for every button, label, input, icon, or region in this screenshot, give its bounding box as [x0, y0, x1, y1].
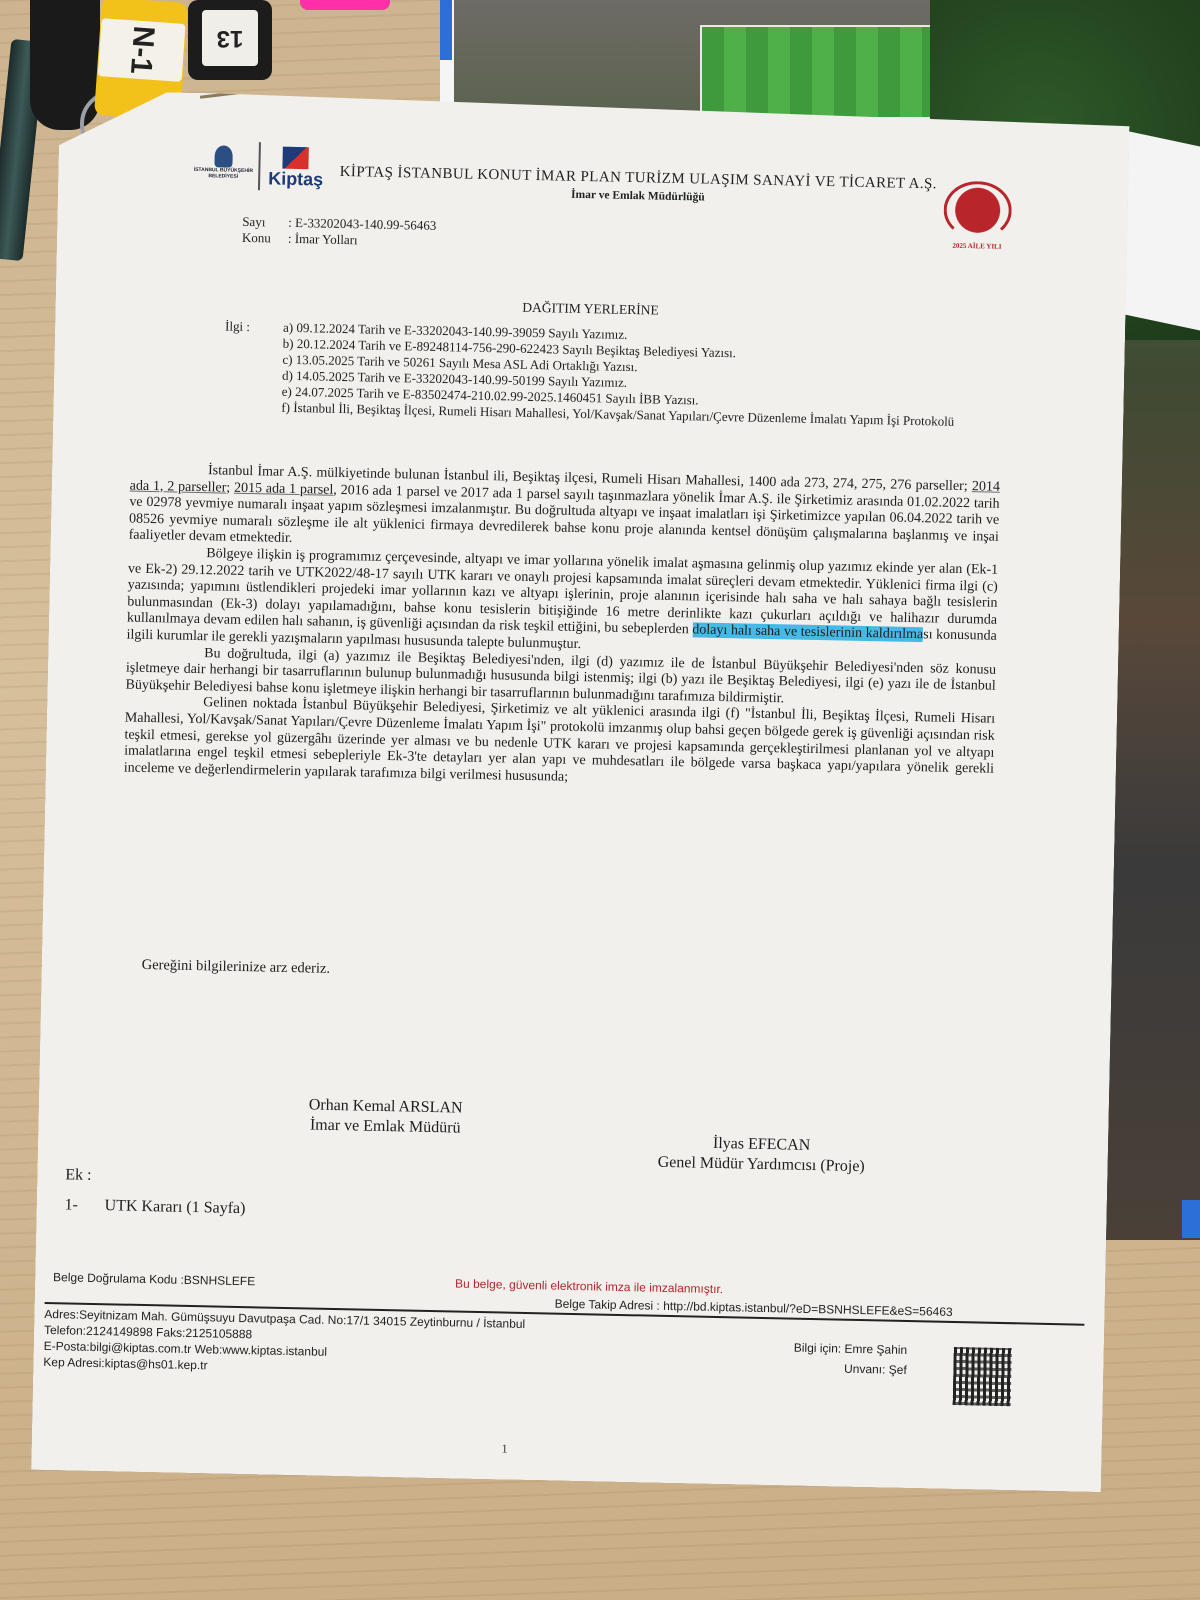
document-footer: Belge Doğrulama Kodu :BSNHSLEFE Bu belge… — [35, 1270, 1105, 1292]
mosque-dome-icon — [214, 145, 232, 167]
family-year-badge: 2025 AİLE YILI — [937, 180, 1018, 251]
highlighted-text: dolayı halı saha ve tesislerinin kaldırı… — [692, 623, 923, 643]
info-contact-name: Bilgi için: Emre Şahin — [794, 1338, 908, 1360]
signature-block-1: Orhan Kemal ARSLAN İmar ve Emlak Müdürü — [308, 1095, 463, 1138]
kiptas-logo-text: Kiptaş — [268, 168, 323, 190]
signatory-title: Genel Müdür Yardımcısı (Proje) — [657, 1153, 864, 1177]
distribution-title: DAĞITIM YERLERİNE — [55, 290, 1125, 328]
verification-code: Belge Doğrulama Kodu :BSNHSLEFE — [53, 1270, 255, 1288]
references: İlgi : a) 09.12.2024 Tarih ve E-33202043… — [223, 319, 956, 430]
attachments: Ek : 1-UTK Kararı (1 Sayfa) — [64, 1160, 246, 1224]
sayi-value: : E-33202043-140.99-56463 — [288, 215, 436, 233]
document-page: İSTANBUL BÜYÜKŞEHİR BELEDİYESİ Kiptaş Kİ… — [31, 90, 1130, 1492]
pink-object — [300, 0, 390, 10]
info-contact-title: Unvanı: Şef — [793, 1358, 907, 1380]
contact-details: Adres:Seyitnizam Mah. Gümüşsuyu Davutpaş… — [43, 1306, 525, 1380]
football-pitch-photo — [700, 25, 934, 119]
attachment-text: UTK Kararı (1 Sayfa) — [104, 1191, 245, 1224]
blue-folder-corner — [1182, 1200, 1200, 1238]
qr-code-icon — [953, 1347, 1012, 1406]
e-signature-notice: Bu belge, güvenli elektronik imza ile im… — [455, 1277, 723, 1297]
references-label: İlgi : — [225, 319, 277, 336]
page-number: 1 — [501, 1442, 507, 1457]
info-contact: Bilgi için: Emre Şahin Unvanı: Şef — [793, 1338, 907, 1380]
konu-label: Konu — [242, 230, 288, 247]
underlined-text: 2015 ada 1 parsel — [234, 480, 334, 497]
key-tag-label: N-1 — [98, 18, 186, 82]
key-tag-label: 13 — [202, 10, 258, 66]
key-tag-black: 13 — [188, 0, 272, 80]
kiptas-k-icon — [282, 147, 308, 170]
paragraph-4: Gelinen noktada İstanbul Büyükşehir Bele… — [124, 694, 996, 795]
closing-line: Gereğini bilgilerinize arz ederiz. — [142, 957, 331, 978]
kiptas-logo: Kiptaş — [268, 146, 324, 190]
attachments-label: Ek : — [65, 1160, 246, 1194]
sayi-label: Sayı — [242, 214, 288, 231]
signature-block-2: İlyas EFECAN Genel Müdür Yardımcısı (Pro… — [657, 1133, 865, 1177]
document-meta: Sayı: E-33202043-140.99-56463 Konu: İmar… — [242, 214, 437, 250]
text: Bölgeye ilişkin iş programımız çerçevesi… — [127, 546, 999, 638]
signatory-title: İmar ve Emlak Müdürü — [308, 1115, 462, 1138]
ibb-logo-text: İSTANBUL BÜYÜKŞEHİR BELEDİYESİ — [193, 167, 253, 180]
ibb-logo: İSTANBUL BÜYÜKŞEHİR BELEDİYESİ — [193, 145, 254, 180]
konu-value: : İmar Yolları — [288, 231, 358, 247]
letter-body: İstanbul İmar A.Ş. mülkiyetinde bulunan … — [124, 462, 1000, 795]
attachment-number: 1- — [64, 1190, 105, 1221]
attachment-item: 1-UTK Kararı (1 Sayfa) — [64, 1190, 245, 1224]
family-hands-icon — [943, 181, 1012, 240]
paragraph-2: Bölgeye ilişkin iş programımız çerçevesi… — [126, 545, 998, 663]
tracking-url[interactable]: Belge Takip Adresi : http://bd.kiptas.is… — [555, 1297, 953, 1319]
logo-divider — [258, 142, 261, 190]
badge-text: 2025 AİLE YILI — [937, 241, 1017, 251]
blue-folder-edge — [440, 0, 452, 60]
